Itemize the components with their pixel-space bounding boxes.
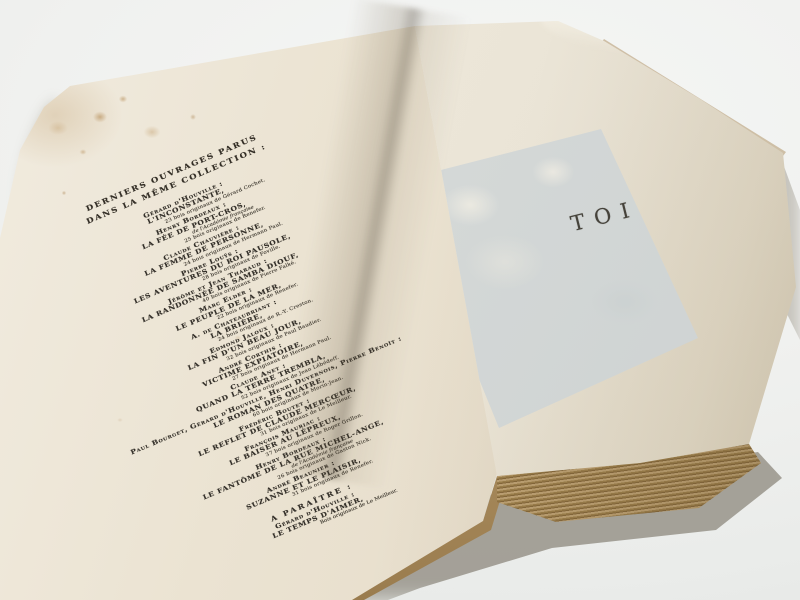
photo-vignette <box>0 0 800 600</box>
photo-stage: DERNIERS OUVRAGES PARUS DANS LA MÊME COL… <box>0 0 800 600</box>
